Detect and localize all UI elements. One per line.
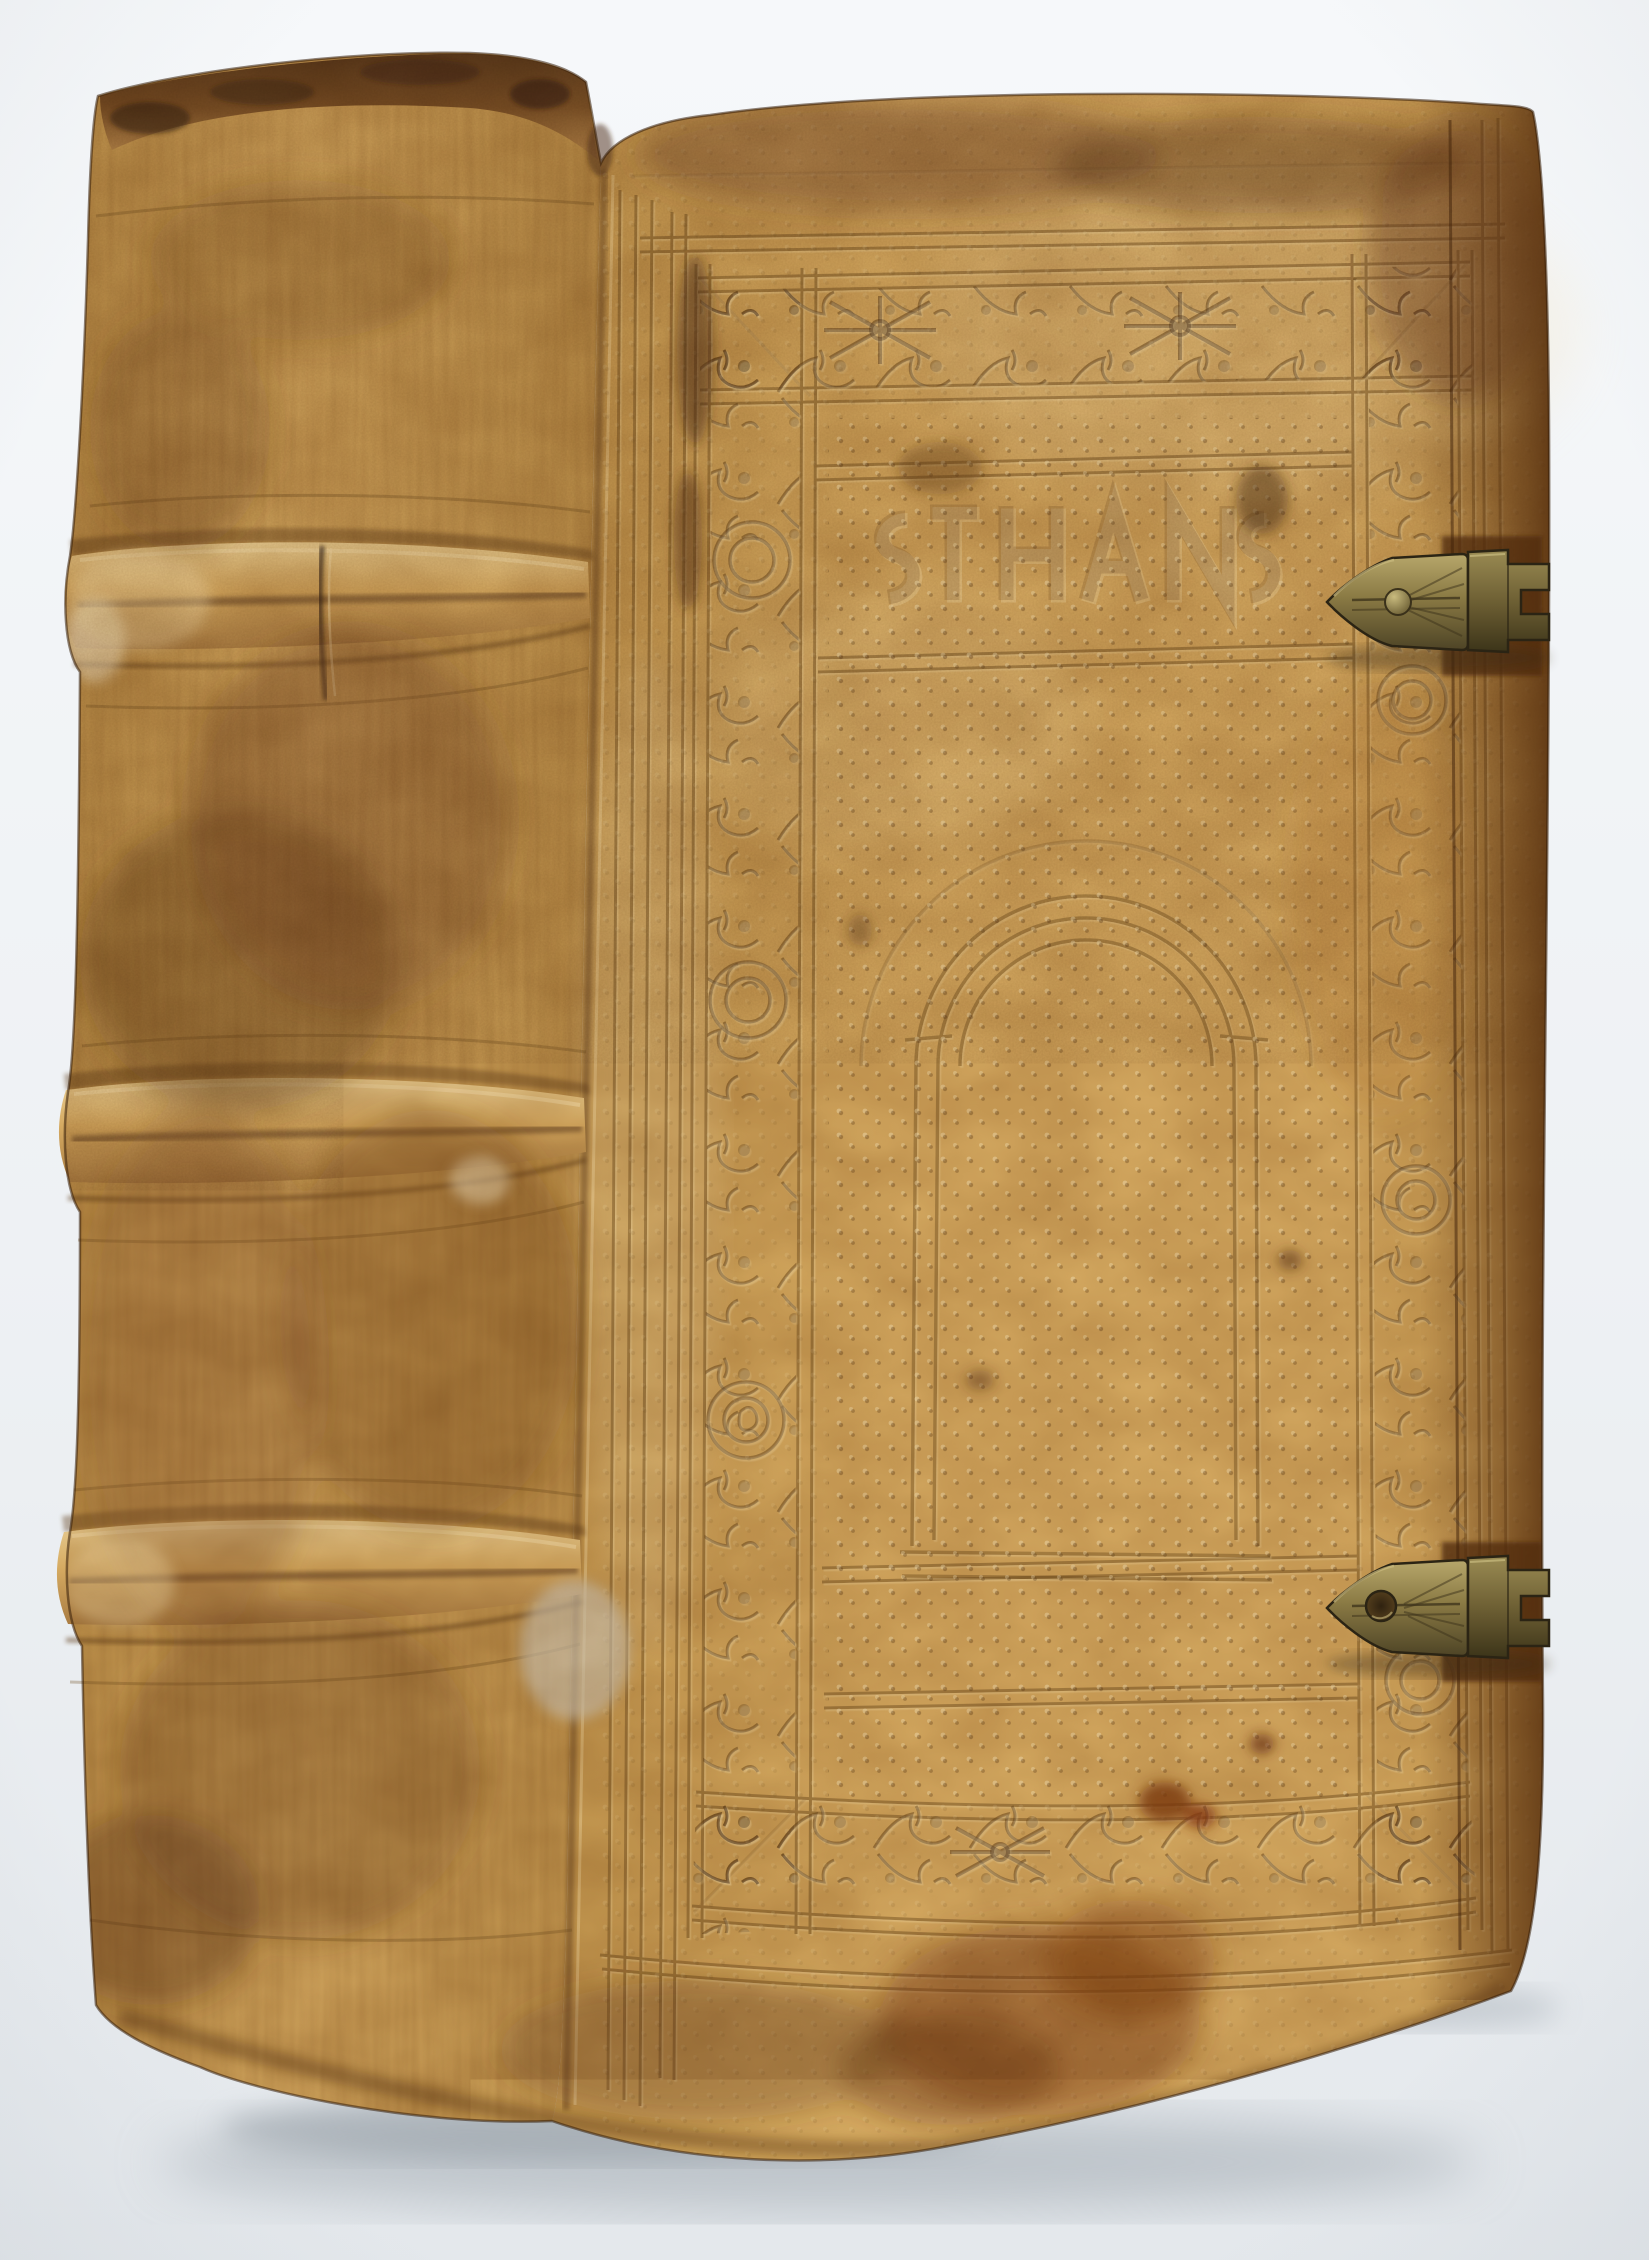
clasp-hole	[1366, 1591, 1396, 1621]
clasp-boss	[1385, 589, 1411, 615]
fore-edge	[1420, 100, 1550, 2000]
book-photograph	[0, 0, 1649, 2260]
leather-grain	[40, 30, 1600, 2230]
book	[40, 30, 1600, 2250]
